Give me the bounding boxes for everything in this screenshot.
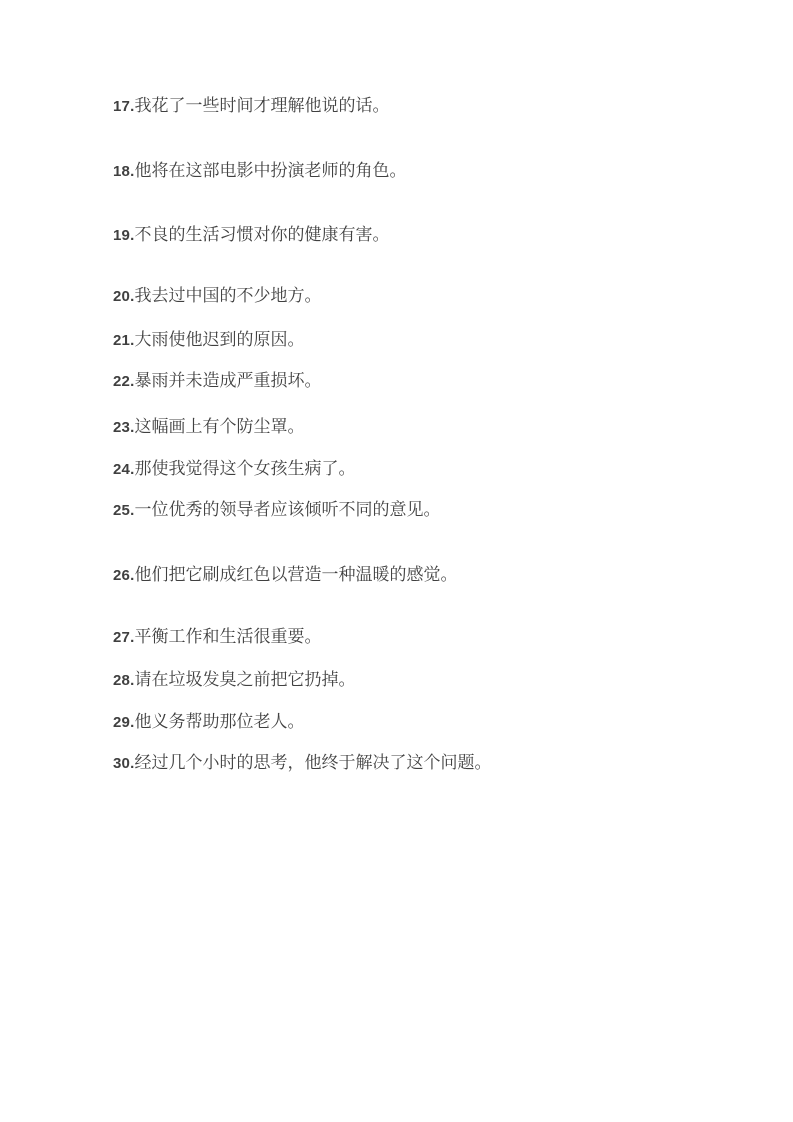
sentence-text: 不良的生活习惯对你的健康有害。 bbox=[134, 225, 389, 244]
sentence-number: 25. bbox=[113, 502, 134, 519]
sentence-number: 27. bbox=[113, 629, 134, 646]
sentence-number: 24. bbox=[113, 461, 134, 478]
sentence-number: 18. bbox=[113, 163, 134, 180]
sentence-number: 28. bbox=[113, 672, 134, 689]
sentence-number: 23. bbox=[113, 419, 134, 436]
document-page: 17.我花了一些时间才理解他说的话。 18.他将在这部电影中扮演老师的角色。 1… bbox=[0, 0, 793, 1122]
sentence-text: 他义务帮助那位老人。 bbox=[134, 712, 304, 731]
sentence-item: 23.这幅画上有个防尘罩。 bbox=[113, 416, 733, 439]
sentence-text: 我花了一些时间才理解他说的话。 bbox=[134, 96, 389, 115]
sentence-item: 20.我去过中国的不少地方。 bbox=[113, 285, 733, 308]
sentence-number: 20. bbox=[113, 288, 134, 305]
sentence-text: 平衡工作和生活很重要。 bbox=[134, 627, 321, 646]
sentence-item: 19.不良的生活习惯对你的健康有害。 bbox=[113, 224, 733, 247]
sentence-item: 24.那使我觉得这个女孩生病了。 bbox=[113, 458, 733, 481]
sentence-number: 17. bbox=[113, 98, 134, 115]
sentence-text: 大雨使他迟到的原因。 bbox=[134, 330, 304, 349]
sentence-text: 这幅画上有个防尘罩。 bbox=[134, 417, 304, 436]
sentence-item: 27.平衡工作和生活很重要。 bbox=[113, 626, 733, 649]
sentence-item: 28.请在垃圾发臭之前把它扔掉。 bbox=[113, 669, 733, 692]
document-body: 17.我花了一些时间才理解他说的话。 18.他将在这部电影中扮演老师的角色。 1… bbox=[0, 0, 793, 775]
sentence-number: 21. bbox=[113, 332, 134, 349]
sentence-text: 我去过中国的不少地方。 bbox=[134, 286, 321, 305]
sentence-item: 21.大雨使他迟到的原因。 bbox=[113, 329, 733, 352]
sentence-item: 29.他义务帮助那位老人。 bbox=[113, 711, 733, 734]
sentence-text: 请在垃圾发臭之前把它扔掉。 bbox=[134, 670, 355, 689]
sentence-number: 19. bbox=[113, 227, 134, 244]
sentence-text: 一位优秀的领导者应该倾听不同的意见。 bbox=[134, 500, 440, 519]
sentence-item: 30.经过几个小时的思考，他终于解决了这个问题。 bbox=[113, 752, 733, 775]
sentence-item: 17.我花了一些时间才理解他说的话。 bbox=[113, 95, 733, 118]
sentence-item: 22.暴雨并未造成严重损坏。 bbox=[113, 370, 733, 393]
sentence-text: 经过几个小时的思考，他终于解决了这个问题。 bbox=[134, 753, 491, 772]
sentence-text: 暴雨并未造成严重损坏。 bbox=[134, 371, 321, 390]
sentence-number: 22. bbox=[113, 373, 134, 390]
sentence-text: 他将在这部电影中扮演老师的角色。 bbox=[134, 161, 406, 180]
sentence-item: 26.他们把它刷成红色以营造一种温暖的感觉。 bbox=[113, 564, 733, 587]
sentence-number: 30. bbox=[113, 755, 134, 772]
sentence-item: 25.一位优秀的领导者应该倾听不同的意见。 bbox=[113, 499, 733, 522]
sentence-number: 26. bbox=[113, 567, 134, 584]
sentence-item: 18.他将在这部电影中扮演老师的角色。 bbox=[113, 160, 733, 183]
sentence-number: 29. bbox=[113, 714, 134, 731]
sentence-text: 他们把它刷成红色以营造一种温暖的感觉。 bbox=[134, 565, 457, 584]
sentence-text: 那使我觉得这个女孩生病了。 bbox=[134, 459, 355, 478]
